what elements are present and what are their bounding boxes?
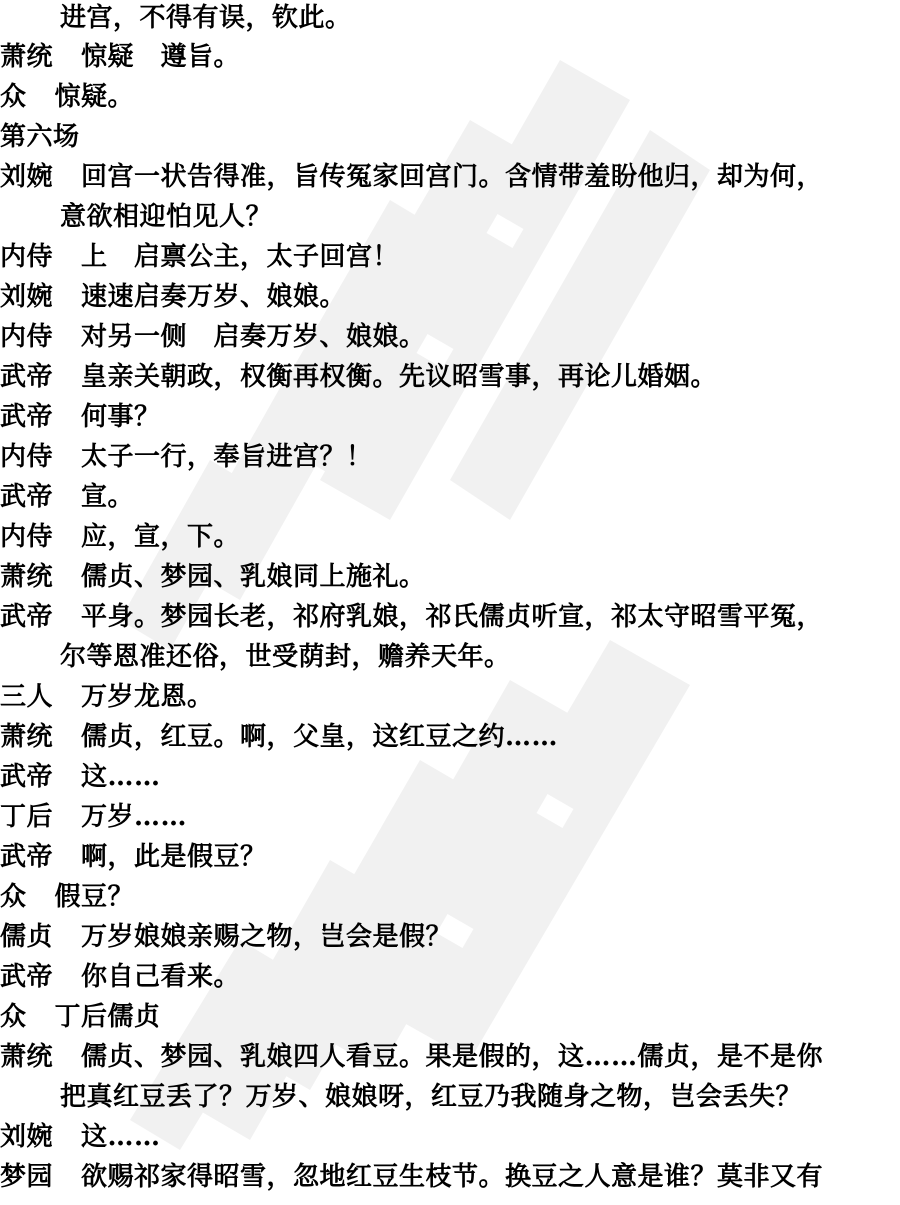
script-line-dialogue: 众惊疑。 <box>0 77 134 117</box>
line-text: 万岁龙恩。 <box>81 682 214 712</box>
speaker-name: 武帝 <box>0 837 53 877</box>
speaker-name: 武帝 <box>0 477 53 517</box>
line-text: 万岁…… <box>81 802 187 832</box>
speaker-name: 武帝 <box>0 597 53 637</box>
script-line-continuation: 意欲相迎怕见人？ <box>0 197 272 237</box>
speaker-name: 众 <box>0 877 27 917</box>
speaker-name: 儒贞 <box>0 917 53 957</box>
line-text: 太子一行，奉旨进宫？！ <box>81 442 373 472</box>
line-text: 欲赐祁家得昭雪，忽地红豆生枝节。换豆之人意是谁？莫非又有 <box>81 1162 823 1192</box>
scene-title: 第六场 <box>0 122 80 152</box>
speaker-name: 萧统 <box>0 717 53 757</box>
line-text: 儒贞、梦园、乳娘四人看豆。果是假的，这……儒贞，是不是你 <box>81 1042 823 1072</box>
line-text: 进宫，不得有误，钦此。 <box>60 3 352 33</box>
script-line-dialogue: 众丁后儒贞 <box>0 997 161 1037</box>
script-line-dialogue: 武帝平身。梦园长老，祁府乳娘，祁氏儒贞听宣，祁太守昭雪平冤， <box>0 597 823 637</box>
line-text: 回宫一状告得准，旨传冤家回宫门。含情带羞盼他归，却为何， <box>81 162 823 192</box>
script-line-dialogue: 众假豆？ <box>0 877 134 917</box>
script-line-continuation: 把真红豆丢了？万岁、娘娘呀，红豆乃我随身之物，岂会丢失？ <box>0 1077 802 1117</box>
script-line-dialogue: 儒贞万岁娘娘亲赐之物，岂会是假？ <box>0 917 452 957</box>
line-text: 你自己看来。 <box>81 962 240 992</box>
line-text: 啊，此是假豆？ <box>81 842 267 872</box>
speaker-name: 刘婉 <box>0 277 53 317</box>
line-text: 假豆？ <box>55 882 135 912</box>
script-line-dialogue: 内侍上 启禀公主，太子回宫！ <box>0 237 399 277</box>
script-line-dialogue: 武帝何事？ <box>0 397 161 437</box>
script-line-dialogue: 武帝皇亲关朝政，权衡再权衡。先议昭雪事，再论儿婚姻。 <box>0 357 717 397</box>
line-text: 何事？ <box>81 402 161 432</box>
script-line-dialogue: 三人万岁龙恩。 <box>0 677 214 717</box>
line-text: 上 启禀公主，太子回宫！ <box>81 242 399 272</box>
script-line-dialogue: 武帝啊，此是假豆？ <box>0 837 267 877</box>
script-line-dialogue: 丁后万岁…… <box>0 797 187 837</box>
speaker-name: 武帝 <box>0 357 53 397</box>
script-line-dialogue: 萧统惊疑 遵旨。 <box>0 37 240 77</box>
line-text: 宣。 <box>81 482 134 512</box>
line-text: 皇亲关朝政，权衡再权衡。先议昭雪事，再论儿婚姻。 <box>81 362 717 392</box>
line-text: 对另一侧 启奏万岁、娘娘。 <box>81 322 426 352</box>
speaker-name: 众 <box>0 77 27 117</box>
line-text: 把真红豆丢了？万岁、娘娘呀，红豆乃我随身之物，岂会丢失？ <box>60 1082 802 1112</box>
speaker-name: 萧统 <box>0 557 53 597</box>
speaker-name: 萧统 <box>0 37 53 77</box>
speaker-name: 刘婉 <box>0 1117 53 1157</box>
script-line-dialogue: 萧统儒贞、梦园、乳娘同上施礼。 <box>0 557 426 597</box>
speaker-name: 武帝 <box>0 757 53 797</box>
script-line-continuation: 尔等恩准还俗，世受荫封，赡养天年。 <box>0 637 511 677</box>
script-line-continuation: 进宫，不得有误，钦此。 <box>0 0 352 38</box>
script-line-dialogue: 刘婉回宫一状告得准，旨传冤家回宫门。含情带羞盼他归，却为何， <box>0 157 823 197</box>
script-line-dialogue: 内侍应，宣，下。 <box>0 517 240 557</box>
line-text: 丁后儒贞 <box>55 1002 161 1032</box>
line-text: 这…… <box>81 1122 161 1152</box>
line-text: 惊疑 遵旨。 <box>81 42 240 72</box>
script-line-dialogue: 武帝你自己看来。 <box>0 957 240 997</box>
line-text: 万岁娘娘亲赐之物，岂会是假？ <box>81 922 452 952</box>
script-line-dialogue: 萧统儒贞，红豆。啊，父皇，这红豆之约…… <box>0 717 558 757</box>
script-line-dialogue: 内侍对另一侧 启奏万岁、娘娘。 <box>0 317 426 357</box>
line-text: 意欲相迎怕见人？ <box>60 202 272 232</box>
script-line-dialogue: 武帝这…… <box>0 757 161 797</box>
speaker-name: 内侍 <box>0 437 53 477</box>
speaker-name: 内侍 <box>0 317 53 357</box>
line-text: 尔等恩准还俗，世受荫封，赡养天年。 <box>60 642 511 672</box>
scene-heading: 第六场 <box>0 117 80 157</box>
script-line-dialogue: 萧统儒贞、梦园、乳娘四人看豆。果是假的，这……儒贞，是不是你 <box>0 1037 823 1077</box>
speaker-name: 武帝 <box>0 397 53 437</box>
speaker-name: 武帝 <box>0 957 53 997</box>
speaker-name: 三人 <box>0 677 53 717</box>
script-line-dialogue: 武帝宣。 <box>0 477 134 517</box>
speaker-name: 内侍 <box>0 237 53 277</box>
line-text: 儒贞、梦园、乳娘同上施礼。 <box>81 562 426 592</box>
speaker-name: 萧统 <box>0 1037 53 1077</box>
line-text: 应，宣，下。 <box>81 522 240 552</box>
line-text: 惊疑。 <box>55 82 135 112</box>
line-text: 平身。梦园长老，祁府乳娘，祁氏儒贞听宣，祁太守昭雪平冤， <box>81 602 823 632</box>
speaker-name: 丁后 <box>0 797 53 837</box>
speaker-name: 众 <box>0 997 27 1037</box>
line-text: 速速启奏万岁、娘娘。 <box>81 282 346 312</box>
speaker-name: 梦园 <box>0 1157 53 1197</box>
speaker-name: 刘婉 <box>0 157 53 197</box>
script-line-dialogue: 梦园欲赐祁家得昭雪，忽地红豆生枝节。换豆之人意是谁？莫非又有 <box>0 1157 823 1197</box>
line-text: 儒贞，红豆。啊，父皇，这红豆之约…… <box>81 722 558 752</box>
script-line-dialogue: 内侍太子一行，奉旨进宫？！ <box>0 437 373 477</box>
script-line-dialogue: 刘婉速速启奏万岁、娘娘。 <box>0 277 346 317</box>
speaker-name: 内侍 <box>0 517 53 557</box>
line-text: 这…… <box>81 762 161 792</box>
script-line-dialogue: 刘婉这…… <box>0 1117 161 1157</box>
